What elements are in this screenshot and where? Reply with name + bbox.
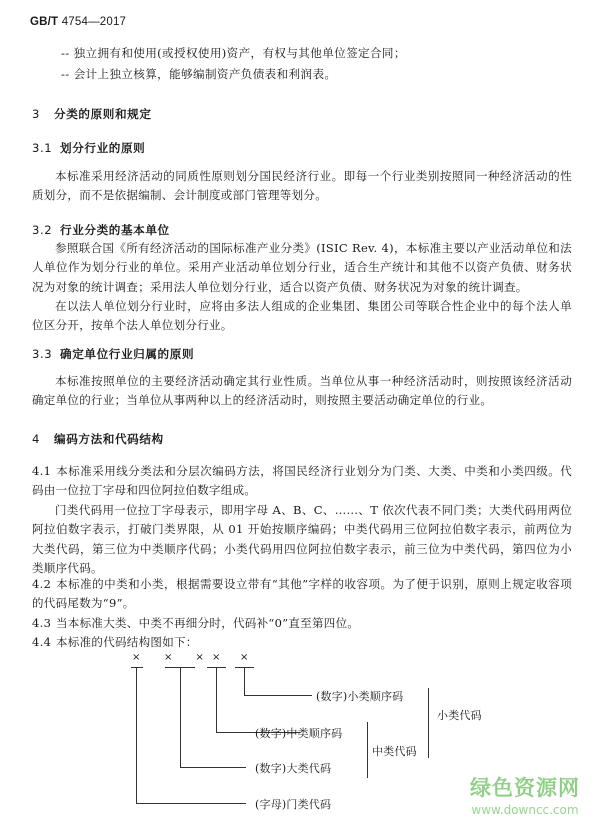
section-heading-3-2: 3.2行业分类的基本单位	[32, 222, 170, 238]
standard-number: 4754—2017	[62, 16, 126, 28]
clause-text: 本标准的中类和小类，根据需要设立带有“其他”字样的收容项。为了便于识别，原则上规…	[32, 577, 572, 610]
label-section-code: (字母)门类代码	[255, 796, 331, 812]
clause-4-3: 4.3当本标准大类、中类不再细分时，代码补“0”直至第四位。	[32, 614, 572, 633]
label-major-code: (数字)大类代码	[255, 760, 331, 776]
list-item: -- 独立拥有和使用(或授权使用)资产，有权与其他单位签定合同；	[61, 44, 406, 63]
list-item: -- 会计上独立核算，能够编制资产负债表和利润表。	[61, 65, 336, 84]
section-title: 编码方法和代码结构	[54, 432, 164, 446]
watermark-title: 绿色资源网	[460, 772, 590, 802]
section-number: 3.2	[32, 223, 60, 237]
label-medium-code-bracket: 中类代码	[372, 743, 417, 759]
section-title: 确定单位行业归属的原则	[60, 347, 194, 361]
clause-number: 4.1	[32, 462, 56, 481]
clause-4-1: 4.1本标准采用线分类法和分层次编码方法，将国民经济行业划分为门类、大类、中类和…	[32, 462, 572, 501]
section-heading-3: 3分类的原则和规定	[32, 106, 152, 122]
paragraph: 在以法人单位划分行业时，应将由多法人组成的企业集团、集团公司等联合性企业中的每个…	[32, 297, 572, 336]
section-number: 3.3	[32, 347, 60, 361]
minor-digit-placeholder: ×	[240, 652, 248, 663]
section-letter-placeholder: ×	[132, 652, 140, 663]
label-minor-code-bracket: 小类代码	[437, 707, 482, 723]
watermark-url: www.downcc.com	[460, 803, 590, 817]
major-digits-placeholder: × ×	[164, 652, 214, 663]
clause-4-2: 4.2本标准的中类和小类，根据需要设立带有“其他”字样的收容项。为了便于识别，原…	[32, 575, 572, 614]
clause-text: 当本标准大类、中类不再细分时，代码补“0”直至第四位。	[56, 616, 359, 630]
label-medium-sequence: (数字)中类顺序码	[255, 725, 342, 741]
clause-number: 4.4	[32, 633, 56, 652]
clause-number: 4.3	[32, 614, 56, 633]
paragraph: 参照联合国《所有经济活动的国际标准产业分类》(ISIC Rev. 4)，本标准主…	[32, 239, 572, 297]
paragraph: 本标准采用经济活动的同质性原则划分国民经济行业。即每一个行业类别按照同一种经济活…	[32, 167, 572, 206]
section-number: 4	[32, 432, 54, 446]
watermark: 绿色资源网 www.downcc.com	[460, 772, 590, 817]
clause-4-4: 4.4本标准的代码结构图如下：	[32, 633, 572, 652]
code-structure-diagram: × × × × × (数字)小类顺序码 (数字)中类顺序码 (数字)大类代码 (…	[0, 0, 598, 826]
section-title: 分类的原则和规定	[54, 107, 152, 121]
standard-code-header: GB/T 4754—2017	[30, 16, 126, 28]
section-title: 划分行业的原则	[60, 141, 145, 155]
section-heading-4: 4编码方法和代码结构	[32, 431, 164, 447]
section-number: 3.1	[32, 141, 60, 155]
standard-prefix: GB/T	[30, 16, 58, 28]
section-number: 3	[32, 107, 54, 121]
clause-text: 本标准的代码结构图如下：	[56, 635, 198, 649]
section-title: 行业分类的基本单位	[60, 223, 170, 237]
section-heading-3-3: 3.3确定单位行业归属的原则	[32, 346, 194, 362]
paragraph: 本标准按照单位的主要经济活动确定其行业性质。当单位从事一种经济活动时，则按照该经…	[32, 372, 572, 411]
label-minor-sequence: (数字)小类顺序码	[316, 688, 403, 704]
diagram-lines	[0, 0, 598, 826]
clause-number: 4.2	[32, 575, 56, 594]
section-heading-3-1: 3.1划分行业的原则	[32, 140, 145, 156]
medium-digit-placeholder: ×	[212, 652, 220, 663]
paragraph: 门类代码用一位拉丁字母表示，即用字母 A、B、C、……、T 依次代表不同门类；大…	[32, 501, 572, 578]
clause-text: 本标准采用线分类法和分层次编码方法，将国民经济行业划分为门类、大类、中类和小类四…	[32, 464, 572, 497]
